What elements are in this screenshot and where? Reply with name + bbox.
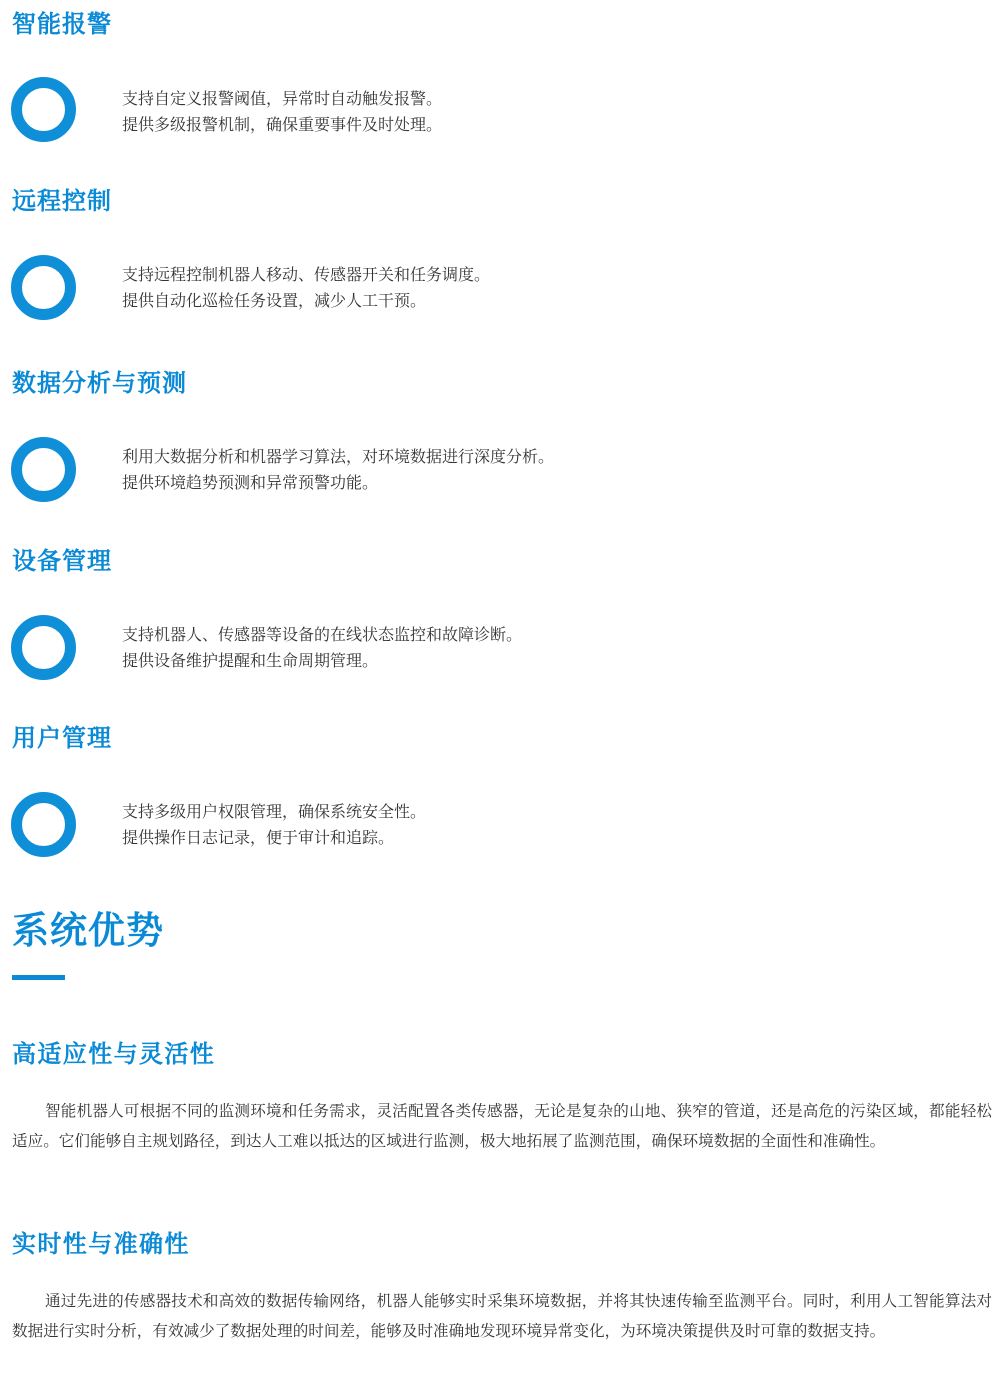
ring-icon (11, 792, 76, 857)
feature-title: 智能报警 (12, 10, 112, 38)
feature-line: 提供操作日志记录，便于审计和追踪。 (122, 825, 426, 851)
feature-line: 提供环境趋势预测和异常预警功能。 (122, 470, 554, 496)
feature-description: 支持多级用户权限管理，确保系统安全性。 提供操作日志记录，便于审计和追踪。 (122, 799, 426, 851)
feature-line: 支持多级用户权限管理，确保系统安全性。 (122, 799, 426, 825)
ring-icon (11, 615, 76, 680)
feature-line: 支持自定义报警阈值，异常时自动触发报警。 (122, 86, 442, 112)
ring-icon (11, 77, 76, 142)
feature-line: 利用大数据分析和机器学习算法，对环境数据进行深度分析。 (122, 444, 554, 470)
feature-title: 用户管理 (12, 724, 112, 752)
advantage-title: 实时性与准确性 (12, 1230, 190, 1258)
ring-icon (11, 437, 76, 502)
feature-description: 支持机器人、传感器等设备的在线状态监控和故障诊断。 提供设备维护提醒和生命周期管… (122, 622, 522, 674)
advantage-title: 高适应性与灵活性 (12, 1040, 215, 1068)
advantage-paragraph: 通过先进的传感器技术和高效的数据传输网络，机器人能够实时采集环境数据，并将其快速… (12, 1286, 992, 1346)
advantage-paragraph: 智能机器人可根据不同的监测环境和任务需求，灵活配置各类传感器，无论是复杂的山地、… (12, 1096, 992, 1156)
feature-title: 设备管理 (12, 547, 112, 575)
title-underline-bar (12, 975, 65, 980)
feature-line: 提供自动化巡检任务设置，减少人工干预。 (122, 288, 490, 314)
feature-line: 提供设备维护提醒和生命周期管理。 (122, 648, 522, 674)
feature-line: 提供多级报警机制，确保重要事件及时处理。 (122, 112, 442, 138)
feature-title: 远程控制 (12, 187, 112, 215)
feature-description: 利用大数据分析和机器学习算法，对环境数据进行深度分析。 提供环境趋势预测和异常预… (122, 444, 554, 496)
feature-line: 支持远程控制机器人移动、传感器开关和任务调度。 (122, 262, 490, 288)
feature-line: 支持机器人、传感器等设备的在线状态监控和故障诊断。 (122, 622, 522, 648)
feature-title: 数据分析与预测 (12, 369, 187, 397)
ring-icon (11, 255, 76, 320)
feature-description: 支持远程控制机器人移动、传感器开关和任务调度。 提供自动化巡检任务设置，减少人工… (122, 262, 490, 314)
section-title-advantages: 系统优势 (12, 906, 164, 956)
feature-description: 支持自定义报警阈值，异常时自动触发报警。 提供多级报警机制，确保重要事件及时处理… (122, 86, 442, 138)
